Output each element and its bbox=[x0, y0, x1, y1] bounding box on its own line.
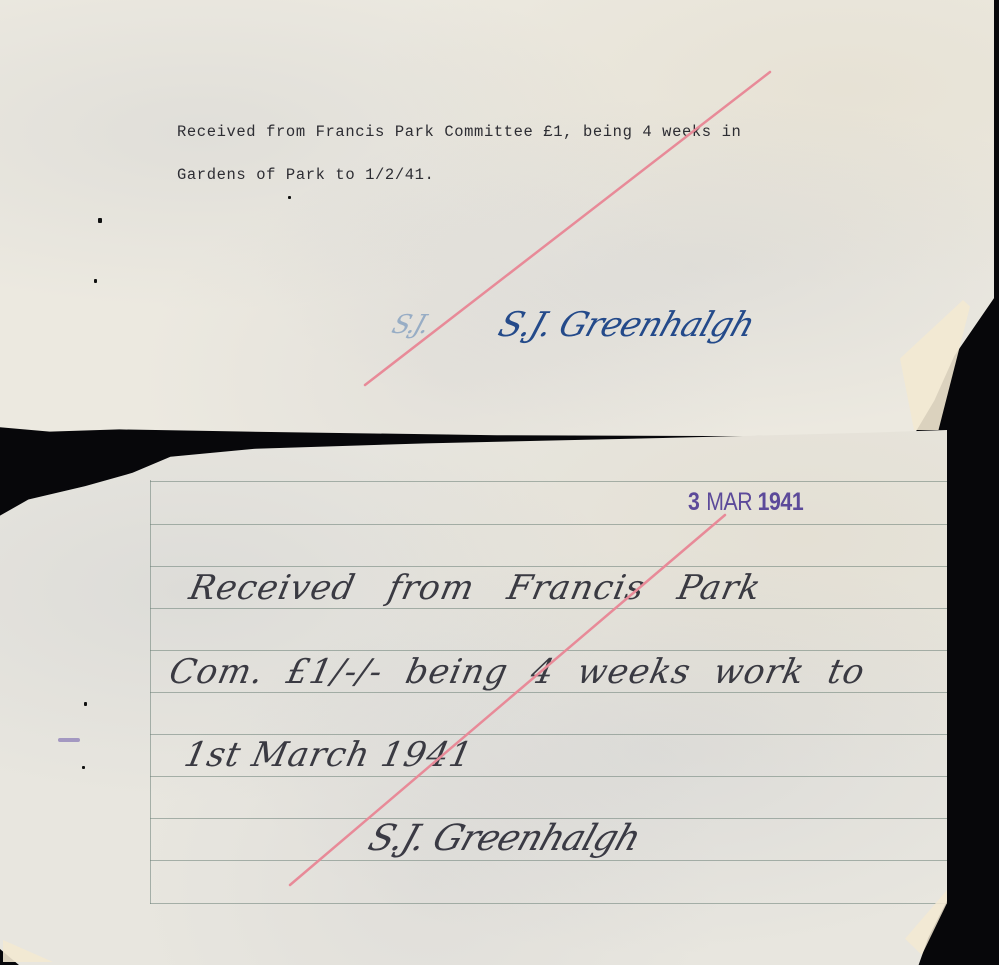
ruled-line bbox=[150, 481, 947, 482]
ruled-line bbox=[150, 776, 947, 777]
ruled-line bbox=[150, 692, 947, 693]
punch-mark bbox=[94, 279, 97, 283]
date-stamp: 3MAR 1941 bbox=[688, 488, 803, 517]
typed-line-1: Received from Francis Park Committee £1,… bbox=[177, 123, 741, 141]
typed-line-2: Gardens of Park to 1/2/41. bbox=[177, 166, 434, 184]
ruled-line bbox=[150, 566, 947, 567]
ruled-line bbox=[150, 608, 947, 609]
ink-speck bbox=[82, 766, 85, 769]
ruled-line bbox=[150, 524, 947, 525]
handwritten-line-2: Com. £1/-/- being 4 weeks work to bbox=[166, 652, 869, 692]
stamp-ink-smudge bbox=[58, 738, 80, 742]
handwritten-line-1: Received from Francis Park bbox=[186, 568, 765, 608]
ruled-line bbox=[150, 860, 947, 861]
bottom-receipt-sheet bbox=[0, 430, 947, 965]
ink-speck bbox=[288, 196, 291, 199]
signature-faint-prefix: S.J. bbox=[388, 310, 432, 340]
ruled-line bbox=[150, 650, 947, 651]
stamp-day: 3 bbox=[688, 488, 699, 516]
top-receipt-sheet: Received from Francis Park Committee £1,… bbox=[0, 0, 994, 445]
top-signature: S.J. Greenhalgh bbox=[494, 305, 760, 345]
ink-speck bbox=[84, 702, 87, 706]
ruled-line bbox=[150, 903, 947, 904]
stamp-month: MAR bbox=[706, 488, 752, 516]
stamp-year: 1941 bbox=[758, 488, 804, 516]
bottom-signature: S.J. Greenhalgh bbox=[363, 818, 645, 859]
punch-mark bbox=[98, 218, 102, 223]
handwritten-line-3: 1st March 1941 bbox=[181, 735, 477, 775]
